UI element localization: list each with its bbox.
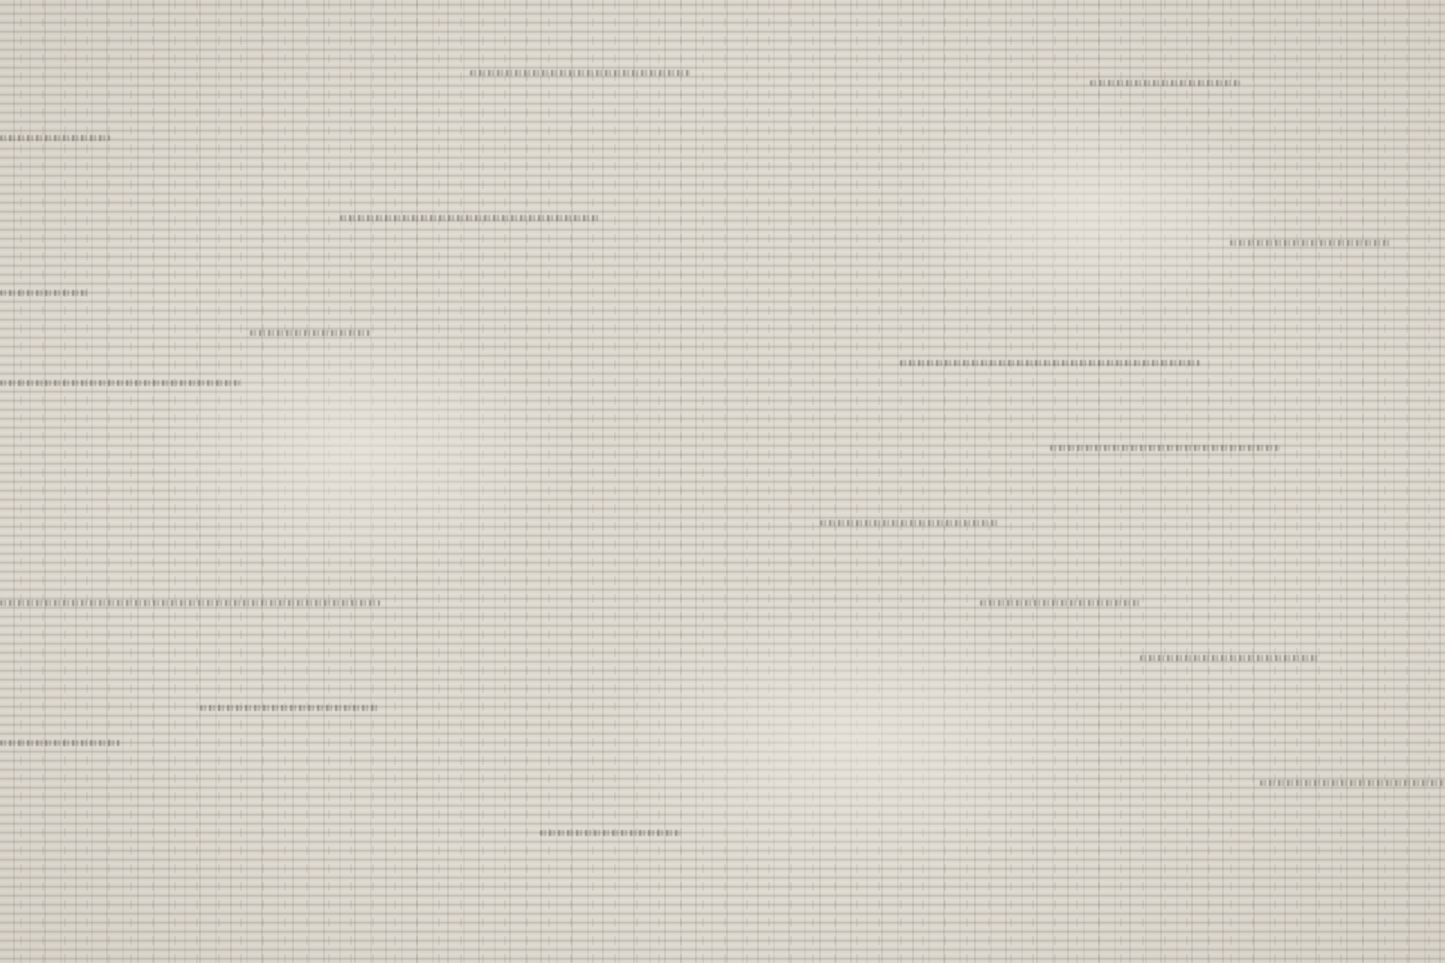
vignette (0, 0, 1445, 963)
fabric-texture-photo (0, 0, 1445, 963)
